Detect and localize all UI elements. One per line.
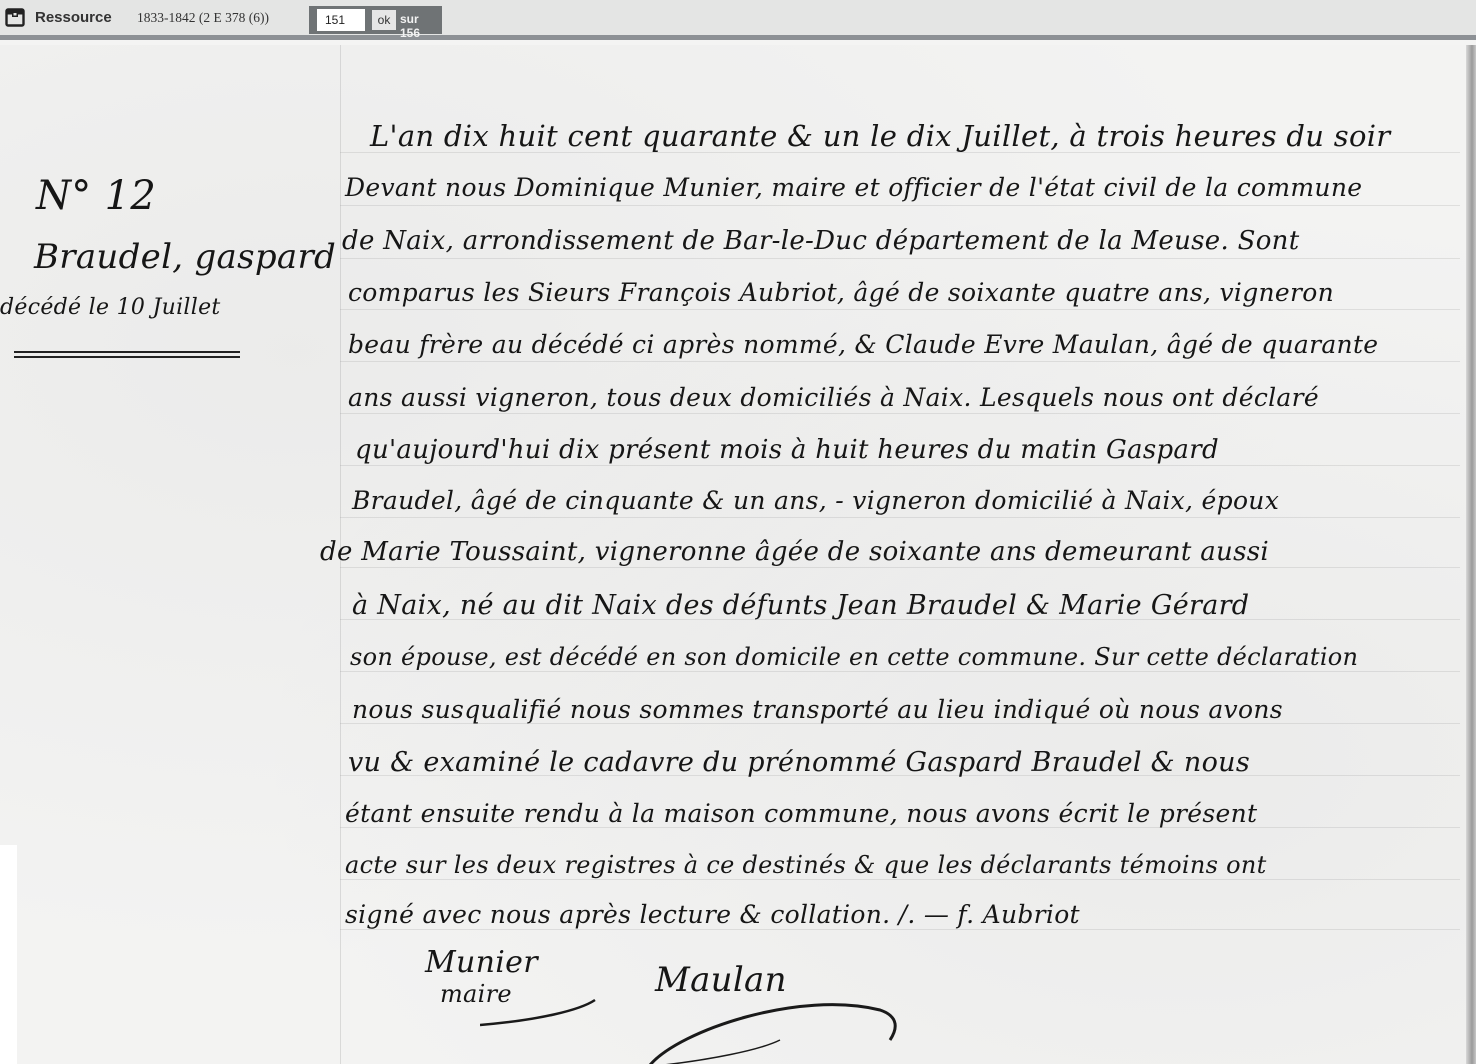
act-line: acte sur les deux registres à ce destiné… (345, 851, 1267, 879)
resource-title: Ressource (35, 9, 112, 26)
ruled-line (340, 258, 1460, 259)
margin-double-underline (14, 351, 240, 358)
ruled-line (340, 671, 1460, 672)
ruled-line (340, 567, 1460, 568)
act-line: qu'aujourd'hui dix présent mois à huit h… (355, 435, 1219, 465)
page-total-label: sur 156 (400, 12, 442, 40)
act-line: comparus les Sieurs François Aubriot, âg… (348, 278, 1334, 307)
viewer-toolbar: Ressource 1833-1842 (2 E 378 (6)) ok sur… (0, 0, 1476, 40)
ruled-line (340, 309, 1460, 310)
act-line: Devant nous Dominique Munier, maire et o… (345, 173, 1362, 202)
act-line: ans aussi vigneron, tous deux domiciliés… (348, 383, 1319, 412)
act-line: de Marie Toussaint, vigneronne âgée de s… (320, 537, 1269, 567)
scan-blank-corner (0, 845, 17, 1064)
signature-flourish (480, 970, 900, 1064)
margin-deceased-name: Braudel, gaspard (34, 237, 336, 277)
act-line: de Naix, arrondissement de Bar-le-Duc dé… (342, 226, 1299, 256)
resource-subtitle: 1833-1842 (2 E 378 (6)) (137, 10, 269, 26)
archive-box-icon (5, 8, 25, 27)
ruled-line (340, 517, 1460, 518)
margin-entry-number: N° 12 (36, 173, 156, 219)
act-line: beau frère au décédé ci après nommé, & C… (348, 330, 1378, 359)
act-line: vu & examiné le cadavre du prénommé Gasp… (348, 747, 1250, 778)
page-number-input[interactable] (317, 9, 365, 31)
act-line: son épouse, est décédé en son domicile e… (350, 643, 1358, 671)
act-line: signé avec nous après lecture & collatio… (345, 900, 1080, 929)
go-to-page-button[interactable]: ok (372, 10, 396, 30)
page-navigator: ok sur 156 (309, 6, 442, 34)
act-line: à Naix, né au dit Naix des défunts Jean … (352, 590, 1249, 621)
act-line: étant ensuite rendu à la maison commune,… (345, 799, 1257, 828)
ruled-line (340, 205, 1460, 206)
ruled-line (340, 361, 1460, 362)
ruled-line (340, 929, 1460, 930)
ruled-line (340, 465, 1460, 466)
margin-death-date: décédé le 10 Juillet (0, 295, 221, 320)
act-line: L'an dix huit cent quarante & un le dix … (370, 119, 1390, 153)
ruled-line (340, 413, 1460, 414)
act-line: nous susqualifié nous sommes transporté … (352, 695, 1283, 724)
ruled-line (340, 879, 1460, 880)
document-image-viewer[interactable]: N° 12 Braudel, gaspard décédé le 10 Juil… (0, 45, 1476, 1064)
act-line: Braudel, âgé de cinquante & un ans, - vi… (352, 486, 1279, 515)
page-binding-edge (1466, 45, 1476, 1064)
